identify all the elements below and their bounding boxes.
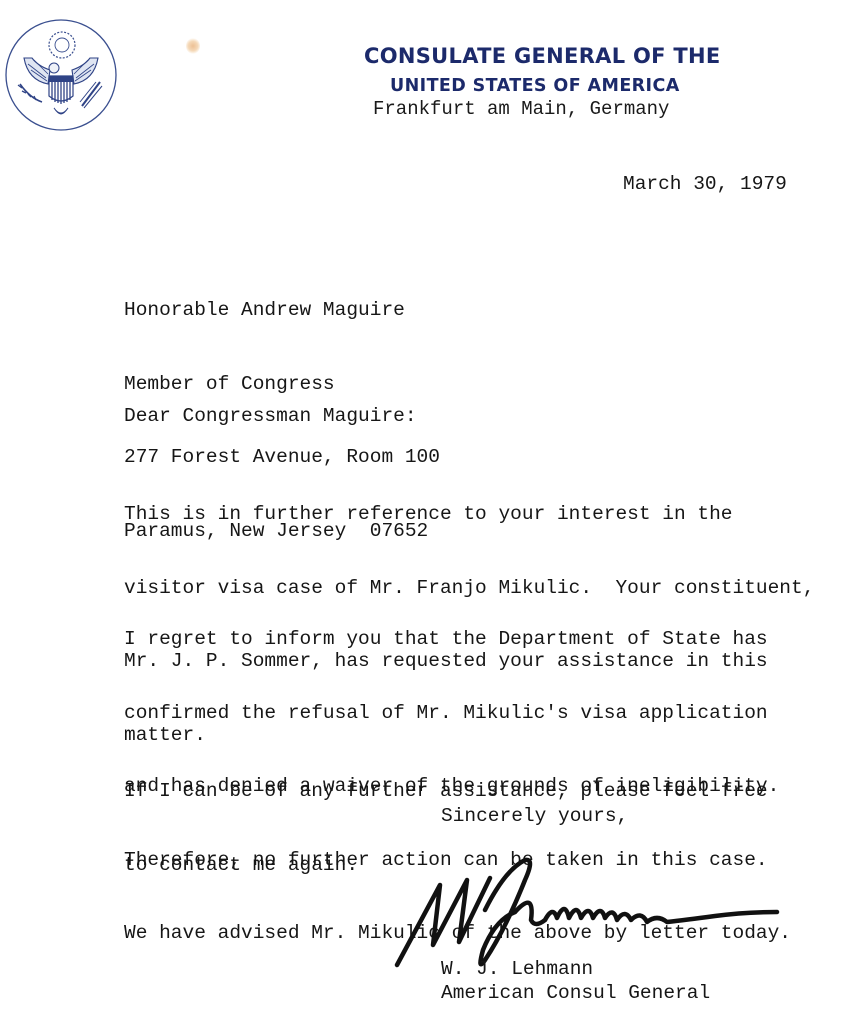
closing: Sincerely yours, <box>441 804 628 829</box>
recipient-line: Member of Congress <box>124 372 440 397</box>
body-line: confirmed the refusal of Mr. Mikulic's v… <box>124 701 791 726</box>
signer-title: American Consul General <box>441 981 710 1006</box>
body-line: If I can be of any further assistance, p… <box>124 779 768 804</box>
great-seal-icon <box>4 18 118 132</box>
recipient-line: Honorable Andrew Maguire <box>124 298 440 323</box>
letter-date: March 30, 1979 <box>623 172 787 197</box>
salutation: Dear Congressman Maguire: <box>124 404 417 429</box>
letterhead-title: CONSULATE GENERAL OF THE <box>364 44 721 68</box>
body-line: This is in further reference to your int… <box>124 502 814 527</box>
letterhead-subtitle: UNITED STATES OF AMERICA <box>390 76 680 96</box>
letterhead-location: Frankfurt am Main, Germany <box>373 98 669 120</box>
signer-name: W. J. Lehmann <box>441 957 593 982</box>
paper-stain <box>186 38 200 54</box>
body-line: I regret to inform you that the Departme… <box>124 627 791 652</box>
